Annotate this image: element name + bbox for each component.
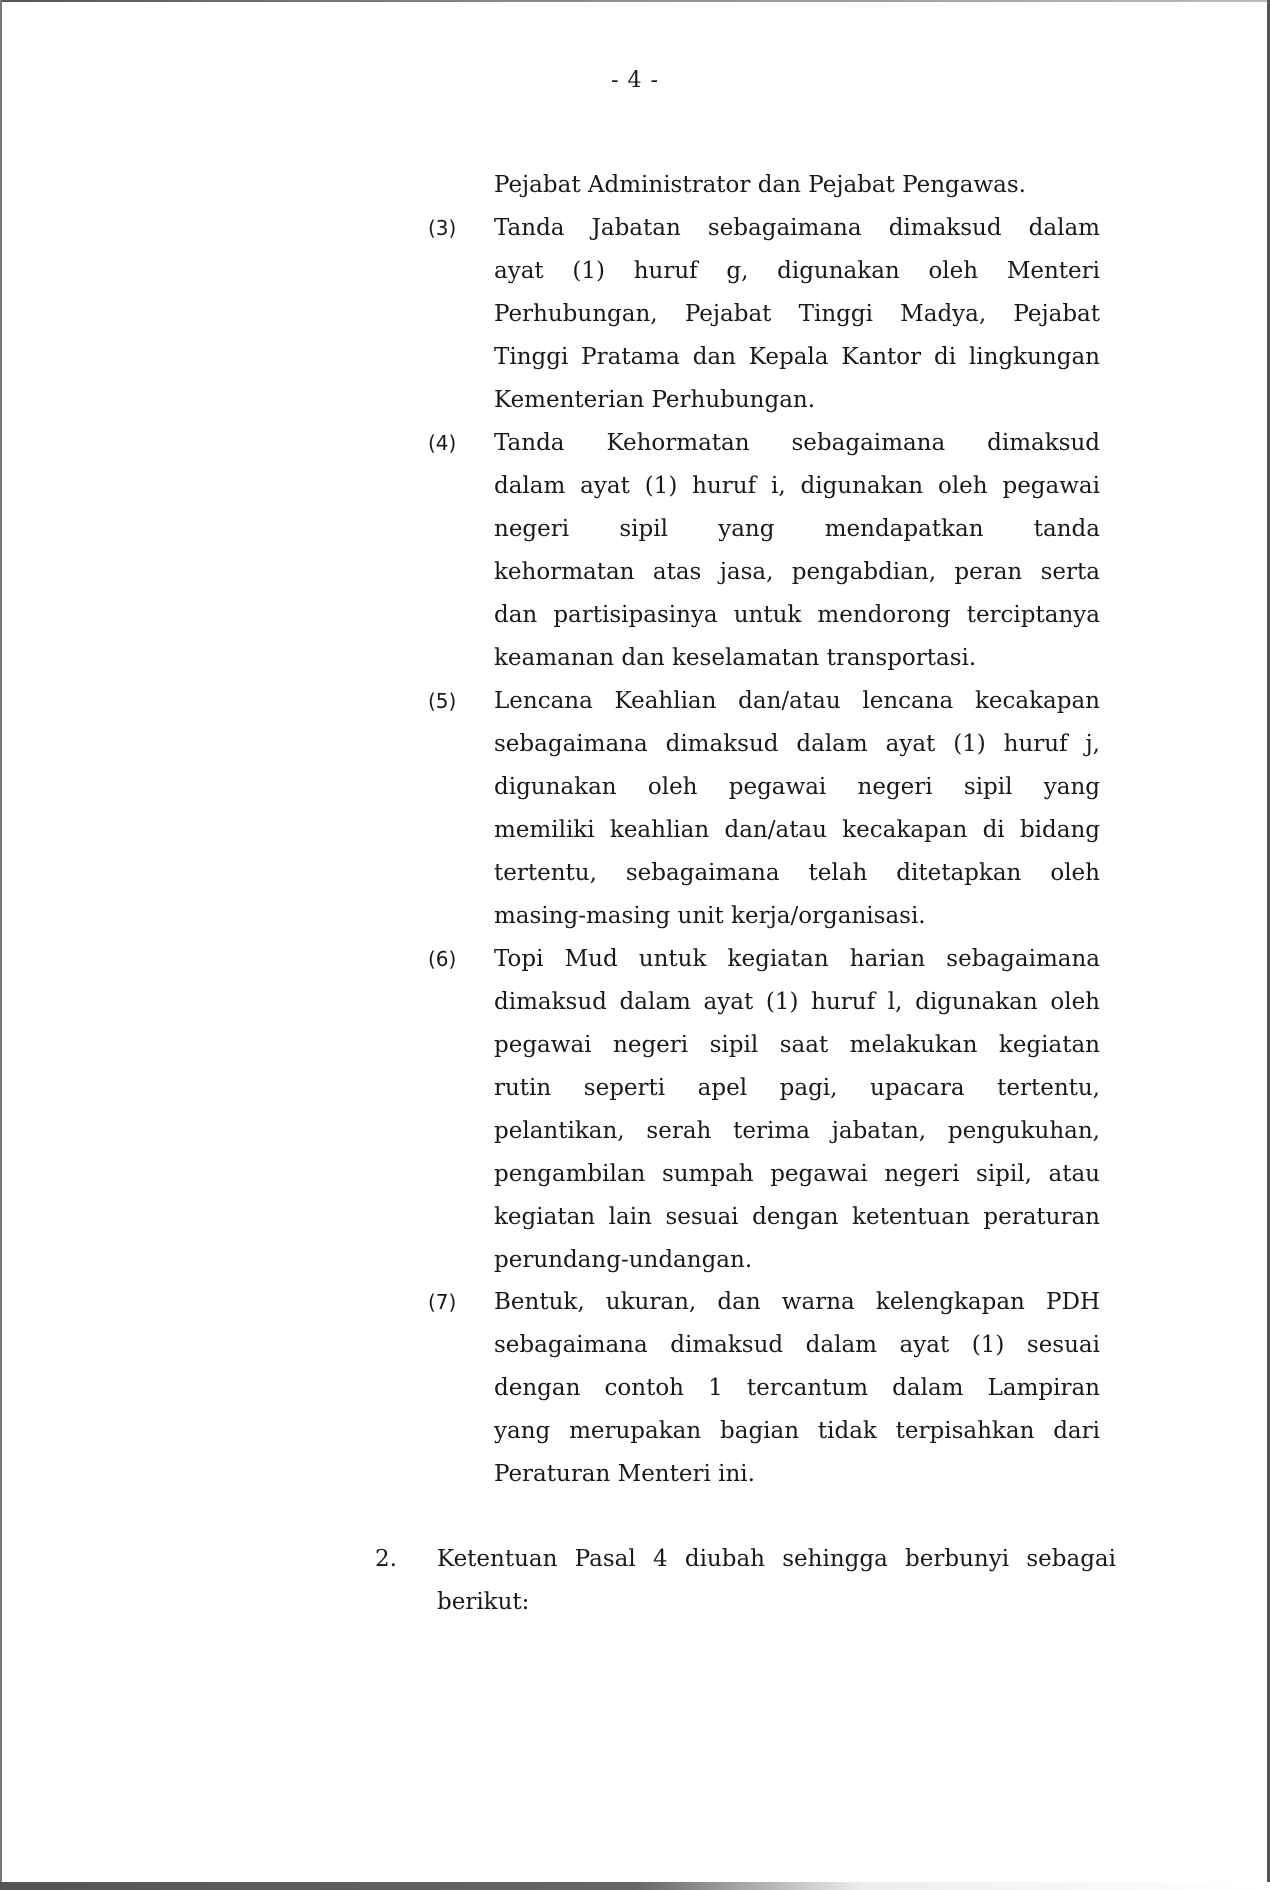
paragraph-line: yang merupakan bagian tidak terpisahkan … [494,1410,1100,1453]
paragraph-line: dan partisipasinya untuk mendorong terci… [494,594,1100,637]
paragraph-line: pegawai negeri sipil saat melakukan kegi… [494,1024,1100,1067]
scan-border-left [0,0,2,1890]
paragraph-marker: (3) [428,207,456,250]
paragraph-line: ayat (1) huruf g, digunakan oleh Menteri [494,250,1100,293]
paragraph-line: Lencana Keahlian dan/atau lencana kecaka… [494,680,1100,723]
paragraph-line: Tinggi Pratama dan Kepala Kantor di ling… [494,336,1100,379]
paragraph-line: tertentu, sebagaimana telah ditetapkan o… [494,852,1100,895]
paragraph-line: Bentuk, ukuran, dan warna kelengkapan PD… [494,1281,1100,1324]
paragraph-line: dengan contoh 1 tercantum dalam Lampiran [494,1367,1100,1410]
paragraph-line: Perhubungan, Pejabat Tinggi Madya, Pejab… [494,293,1100,336]
paragraph-line: memiliki keahlian dan/atau kecakapan di … [494,809,1100,852]
paragraph-marker: (6) [428,938,456,981]
paragraph-line: pengambilan sumpah pegawai negeri sipil,… [494,1153,1100,1196]
paragraph-marker: (5) [428,680,456,723]
paragraph-line: Topi Mud untuk kegiatan harian sebagaima… [494,938,1100,981]
paragraph-line: Tanda Jabatan sebagaimana dimaksud dalam [494,207,1100,250]
paragraph-line: keamanan dan keselamatan transportasi. [494,637,976,680]
paragraph-line: kehormatan atas jasa, pengabdian, peran … [494,551,1100,594]
continuation-line: Pejabat Administrator dan Pejabat Pengaw… [494,164,1026,207]
paragraph-line: digunakan oleh pegawai negeri sipil yang [494,766,1100,809]
paragraph-line: pelantikan, serah terima jabatan, penguk… [494,1110,1100,1153]
item-number: 2. [375,1538,397,1581]
paragraph-line: perundang-undangan. [494,1239,752,1282]
paragraph-line: sebagaimana dimaksud dalam ayat (1) huru… [494,723,1100,766]
paragraph-line: rutin seperti apel pagi, upacara tertent… [494,1067,1100,1110]
scan-border-bottom [0,1882,1270,1890]
item-line: berikut: [437,1581,529,1624]
paragraph-line: Tanda Kehormatan sebagaimana dimaksud [494,422,1100,465]
paragraph-line: dimaksud dalam ayat (1) huruf l, digunak… [494,981,1100,1024]
paragraph-line: Peraturan Menteri ini. [494,1453,755,1496]
paragraph-line: kegiatan lain sesuai dengan ketentuan pe… [494,1196,1100,1239]
paragraph-line: sebagaimana dimaksud dalam ayat (1) sesu… [494,1324,1100,1367]
item-line: Ketentuan Pasal 4 diubah sehingga berbun… [437,1538,1116,1581]
paragraph-line: masing-masing unit kerja/organisasi. [494,895,926,938]
paragraph-marker: (7) [428,1281,456,1324]
scan-border-top [0,0,1270,2]
page-number: - 4 - [0,68,1270,93]
paragraph-marker: (4) [428,422,456,465]
paragraph-line: negeri sipil yang mendapatkan tanda [494,508,1100,551]
paragraph-line: Kementerian Perhubungan. [494,379,815,422]
paragraph-line: dalam ayat (1) huruf i, digunakan oleh p… [494,465,1100,508]
